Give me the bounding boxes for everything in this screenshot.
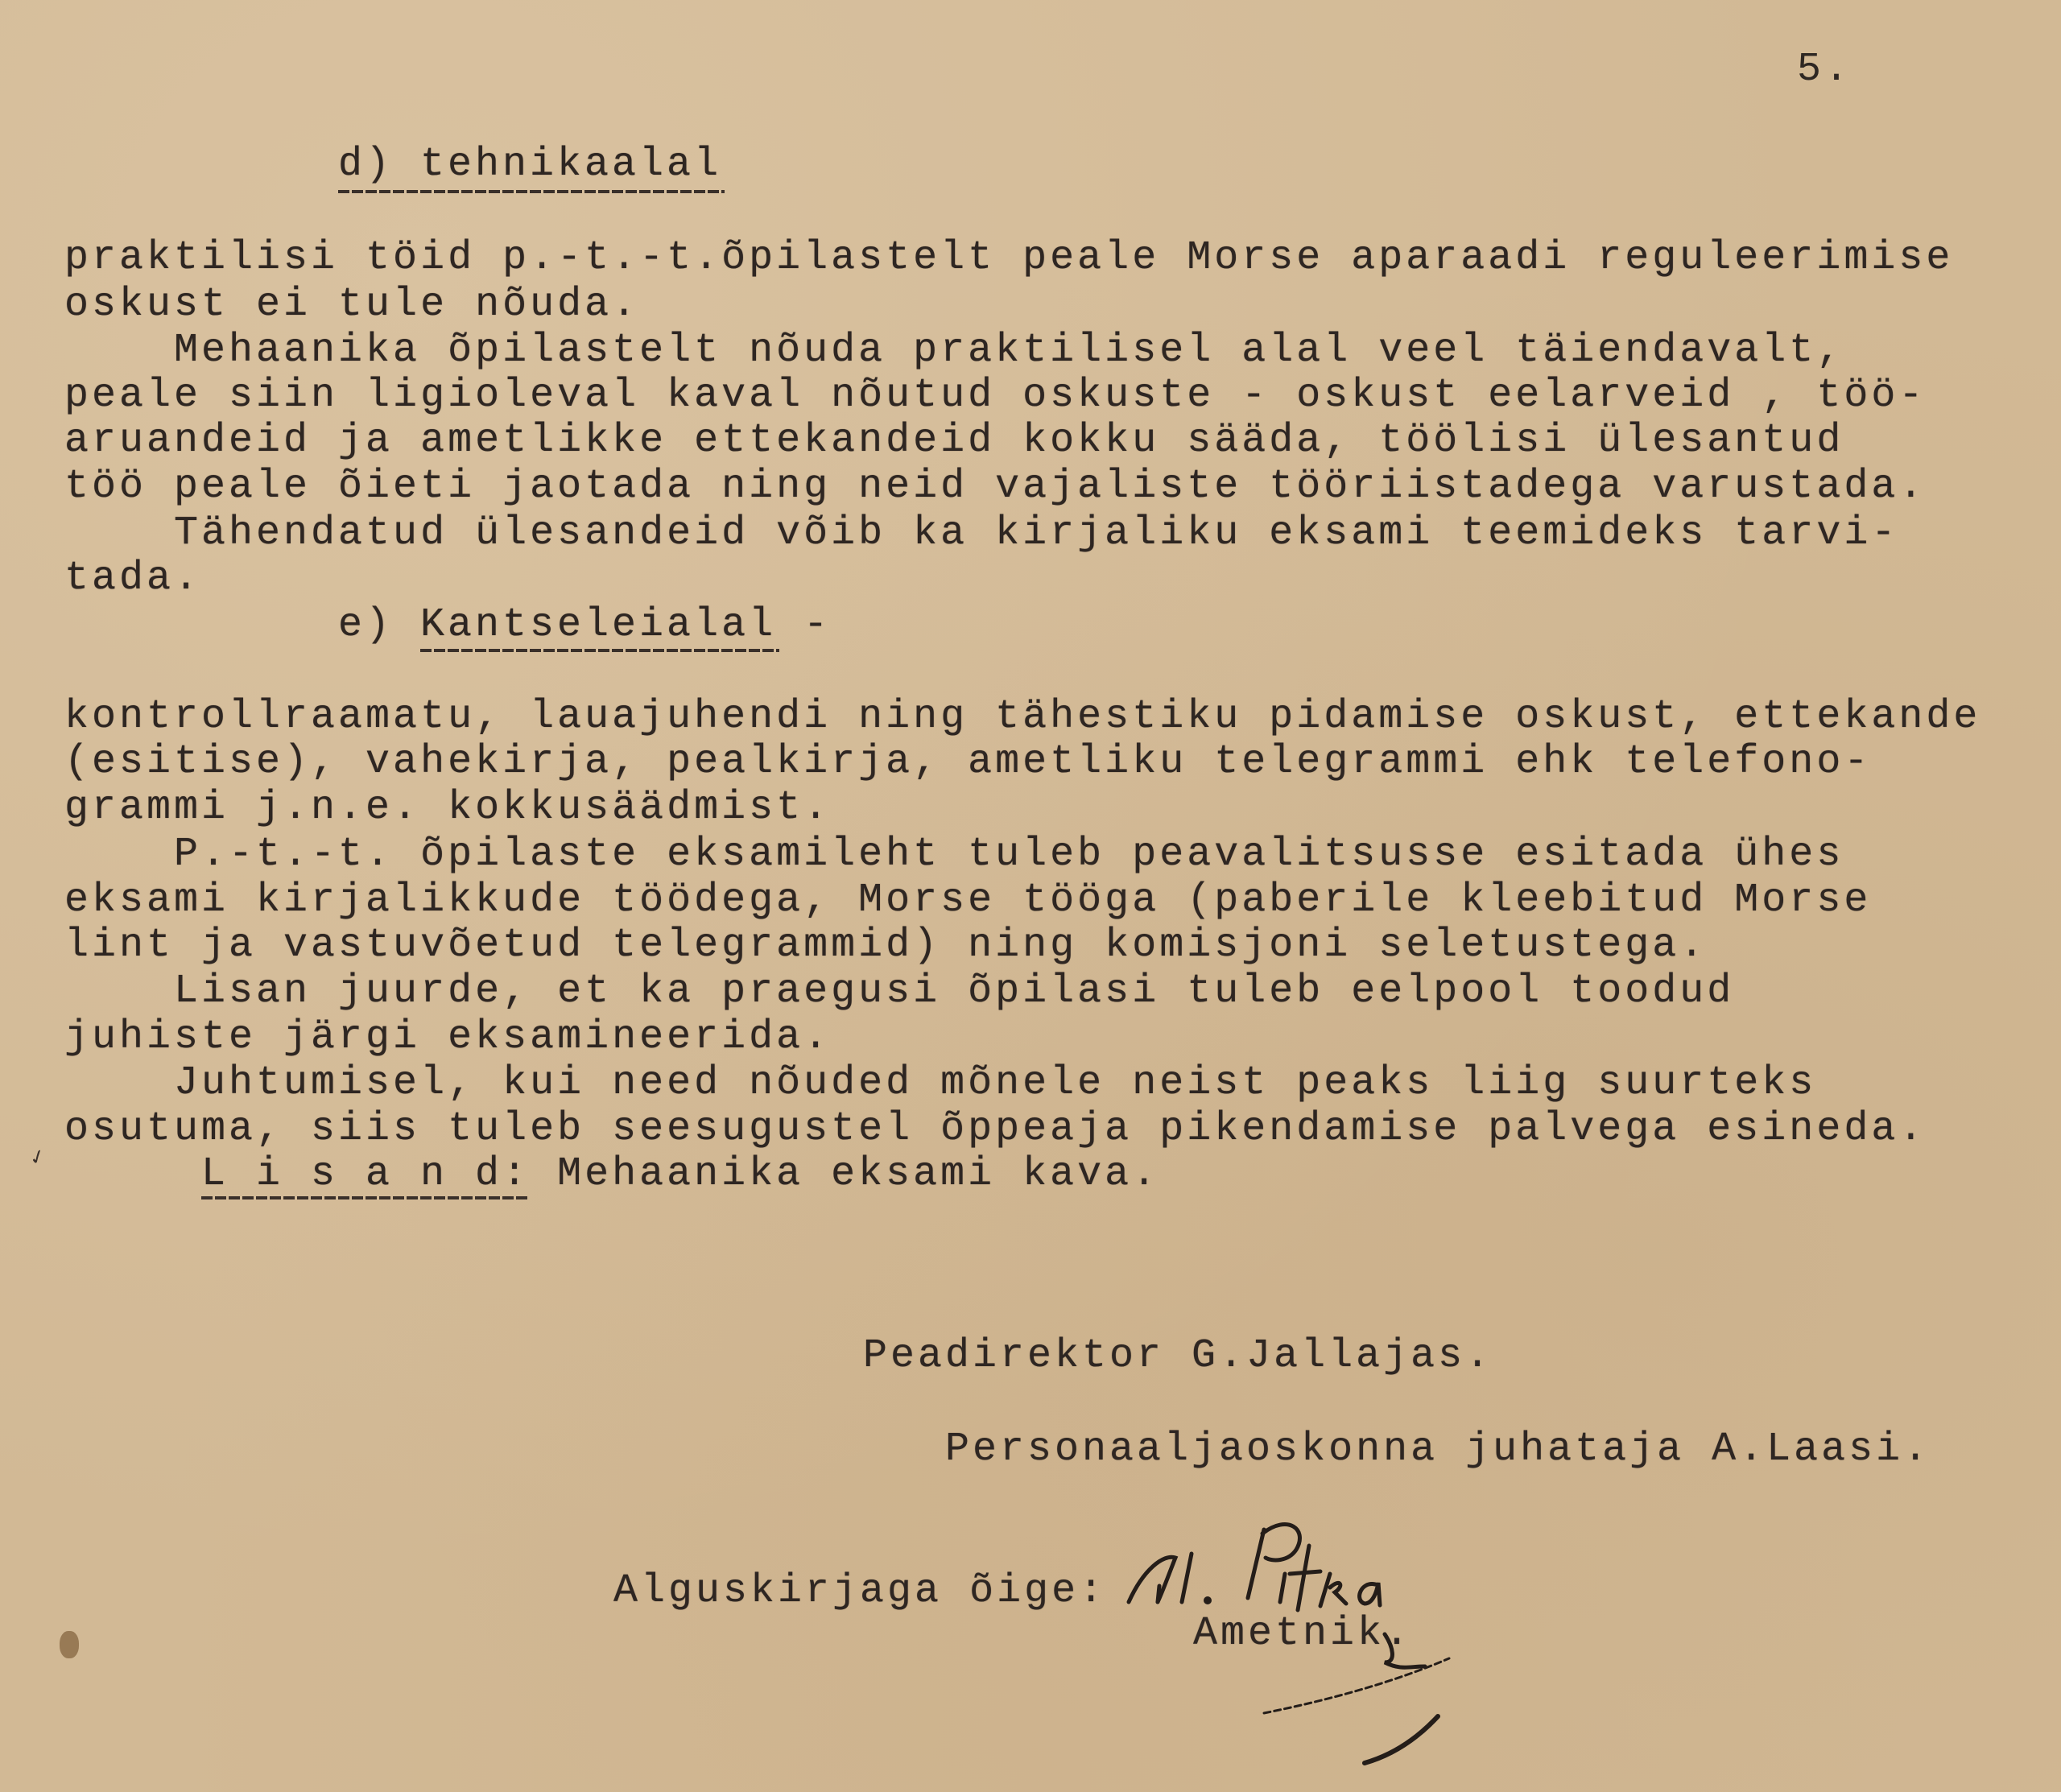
body-line: peale siin ligioleval kaval nõutud oskus… (64, 376, 1926, 416)
body-line: grammi j.n.e. kokkusäädmist. (64, 788, 831, 828)
body-line: oskust ei tule nõuda. (64, 285, 639, 325)
attachment-label: L i s a n d: (201, 1151, 530, 1197)
body-line: eksami kirjalikkude töödega, Morse tööga… (64, 881, 1871, 921)
page-number: 5. (1797, 47, 1852, 93)
handwritten-signature-icon (1119, 1497, 1699, 1787)
body-line: praktilisi töid p.-t.-t.õpilastelt peale… (64, 238, 1953, 279)
body-line: Lisan juurde, et ka praegusi õpilasi tul… (64, 972, 1734, 1012)
attachment-text: Mehaanika eksami kava. (530, 1151, 1159, 1197)
body-line: lint ja vastuvõetud telegrammid) ning ko… (64, 926, 1707, 966)
section-d-heading: d) tehnikaalal (338, 145, 721, 185)
personnel-head-signature-line: Personaaljaoskonna juhataja A.Laasi. (945, 1430, 1931, 1470)
body-line: Mehaanika õpilastelt nõuda praktilisel a… (64, 331, 1844, 371)
ink-stain (60, 1631, 79, 1658)
body-line: osutuma, siis tuleb seesugustel õppeaja … (64, 1109, 1926, 1150)
body-line: juhiste järgi eksamineerida. (64, 1018, 831, 1058)
body-line: aruandeid ja ametlikke ettekandeid kokku… (64, 421, 1844, 461)
section-e-dash: - (776, 602, 831, 648)
section-e-heading: Kantseleialal (420, 602, 776, 648)
director-signature-line: Peadirektor G.Jallajas. (863, 1336, 1493, 1377)
section-e-label: e) (338, 602, 420, 648)
certification-label: Alguskirjaga õige: (613, 1571, 1106, 1612)
attachment-row: L i s a n d: Mehaanika eksami kava. (201, 1154, 1159, 1195)
body-line: Juhtumisel, kui need nõuded mõnele neist… (64, 1063, 1816, 1104)
body-line: tada. (64, 559, 201, 599)
section-e-underline (420, 649, 779, 652)
attachment-underline (201, 1196, 528, 1199)
document-page: 5. d) tehnikaalal praktilisi töid p.-t.-… (0, 0, 2061, 1792)
margin-tick-mark: ✓ (27, 1142, 49, 1173)
body-line: Tähendatud ülesandeid võib ka kirjaliku … (64, 514, 1898, 554)
body-line: kontrollraamatu, lauajuhendi ning tähest… (64, 697, 1980, 737)
body-line: (esitise), vahekirja, pealkirja, ametlik… (64, 742, 1871, 782)
body-line: P.-t.-t. õpilaste eksamileht tuleb peava… (64, 835, 1844, 875)
section-e-heading-row: e) Kantseleialal - (338, 605, 831, 646)
body-line: töö peale õieti jaotada ning neid vajali… (64, 467, 1926, 507)
section-d-underline (338, 190, 725, 193)
